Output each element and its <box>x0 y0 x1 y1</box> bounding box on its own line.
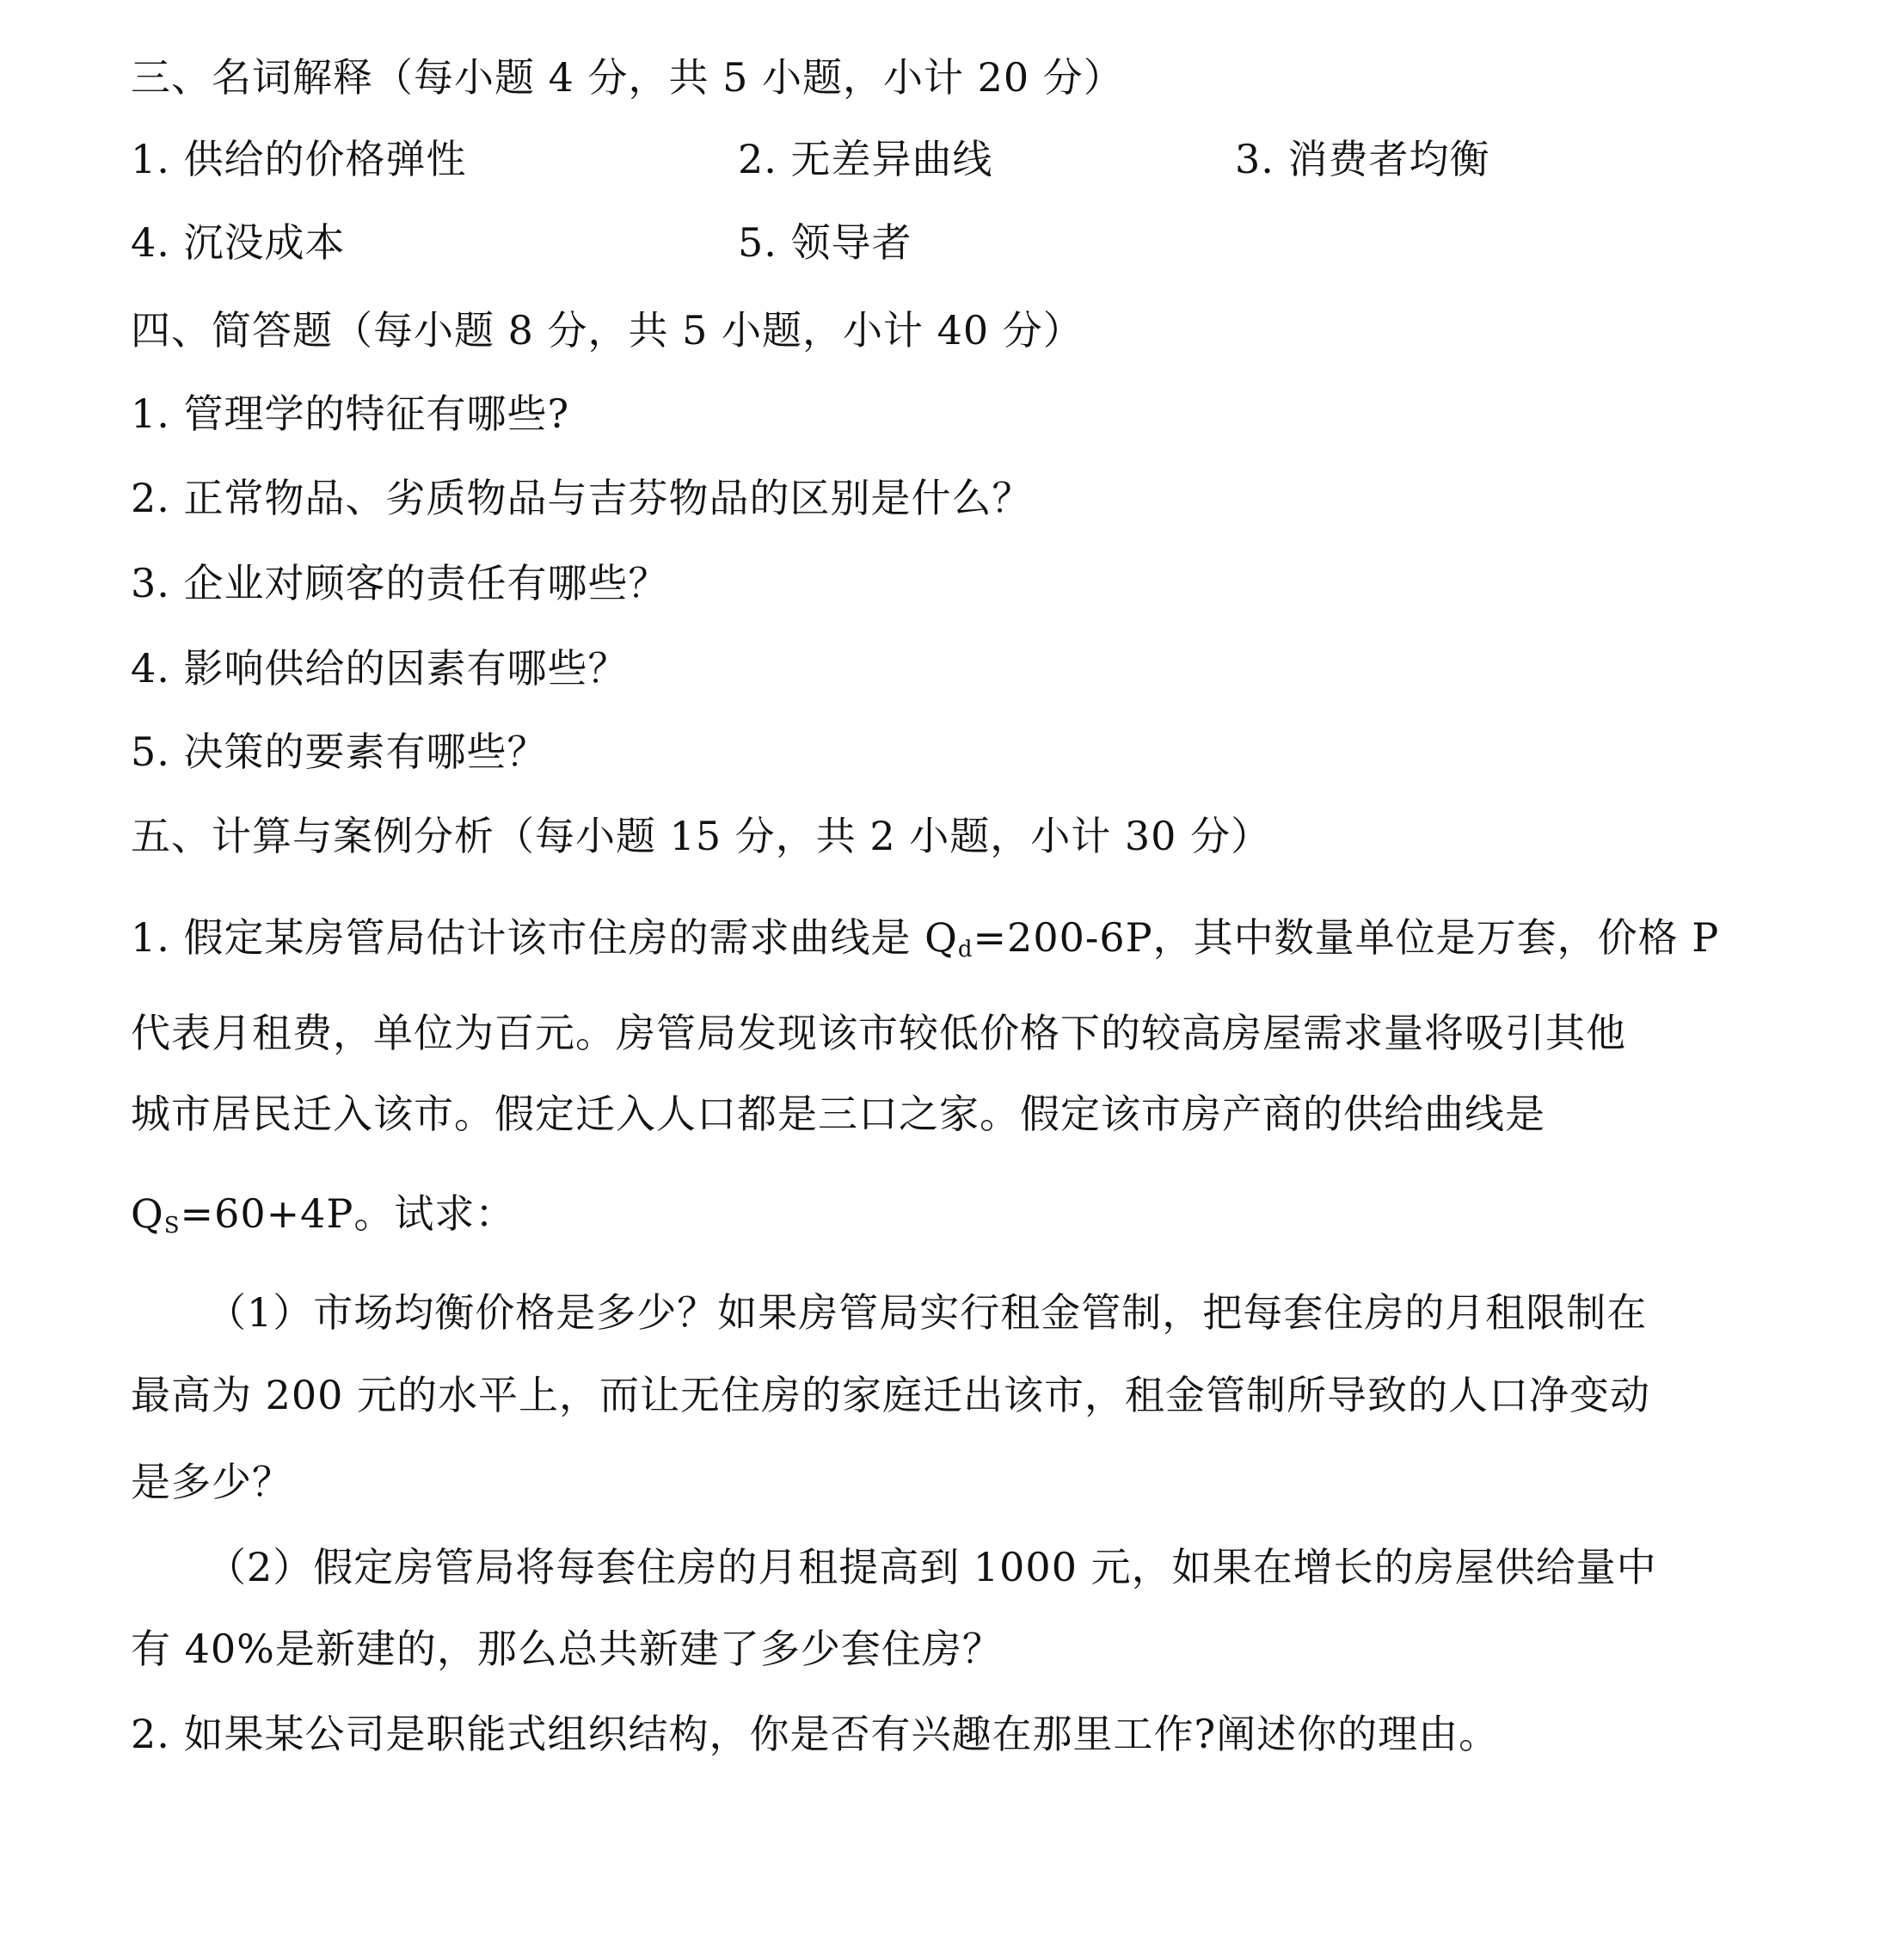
term-1: 1. 供给的价格弹性 <box>131 135 467 183</box>
short-answer-1: 1. 管理学的特征有哪些? <box>131 390 569 438</box>
section-3-heading: 三、名词解释（每小题 4 分，共 5 小题，小计 20 分） <box>131 53 1124 101</box>
q1-text: =60+4P。试求： <box>181 1190 516 1237</box>
part-1-line-3: 是多少？ <box>131 1458 292 1506</box>
term-3: 3. 消费者均衡 <box>1235 135 1490 183</box>
section-5-heading: 五、计算与案例分析（每小题 15 分，共 2 小题，小计 30 分） <box>131 812 1271 860</box>
part-1-line-1: （1）市场均衡价格是多少？如果房管局实行租金管制，把每套住房的月租限制在 <box>206 1288 1647 1337</box>
short-answer-2: 2. 正常物品、劣质物品与吉芬物品的区别是什么？ <box>131 474 1033 522</box>
calc-q1-line-2: 代表月租费，单位为百元。房管局发现该市较低价格下的较高房屋需求量将吸引其他 <box>131 1009 1626 1057</box>
q1-text: 1. 假定某房管局估计该市住房的需求曲线是 Q <box>131 914 958 961</box>
term-5: 5. 领导者 <box>738 218 912 267</box>
subscript-s: S <box>164 1213 181 1239</box>
short-answer-3: 3. 企业对顾客的责任有哪些？ <box>131 559 669 607</box>
calc-q1-line-1: 1. 假定某房管局估计该市住房的需求曲线是 Qd=200-6P，其中数量单位是万… <box>131 913 1719 974</box>
case-q2: 2. 如果某公司是职能式组织结构，你是否有兴趣在那里工作?阐述你的理由。 <box>131 1710 1499 1758</box>
section-4-heading: 四、简答题（每小题 8 分，共 5 小题，小计 40 分） <box>131 306 1084 354</box>
short-answer-4: 4. 影响供给的因素有哪些？ <box>131 644 629 692</box>
part-2-line-1: （2）假定房管局将每套住房的月租提高到 1000 元，如果在增长的房屋供给量中 <box>206 1543 1657 1591</box>
calc-q1-line-3: 城市居民迁入该市。假定迁入人口都是三口之家。假定该市房产商的供给曲线是 <box>131 1090 1545 1138</box>
q1-text: =200-6P，其中数量单位是万套，价格 P <box>973 914 1720 961</box>
term-2: 2. 无差异曲线 <box>738 135 993 183</box>
term-4: 4. 沉没成本 <box>131 218 346 267</box>
part-2-line-2: 有 40%是新建的，那么总共新建了多少套住房？ <box>131 1625 1003 1673</box>
calc-q1-line-4: QS=60+4P。试求： <box>131 1190 515 1250</box>
part-1-line-2: 最高为 200 元的水平上，而让无住房的家庭迁出该市，租金管制所导致的人口净变动 <box>131 1371 1650 1419</box>
subscript-d: d <box>958 937 973 962</box>
short-answer-5: 5. 决策的要素有哪些？ <box>131 728 548 776</box>
q1-text: Q <box>131 1190 164 1237</box>
